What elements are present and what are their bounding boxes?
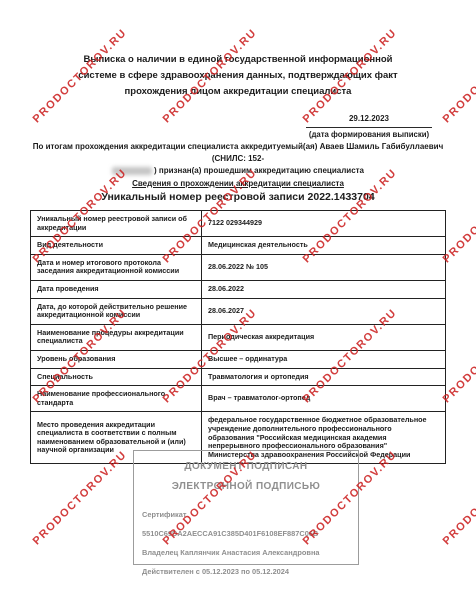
signature-title-line-1: ДОКУМЕНТ ПОДПИСАН [134, 461, 358, 472]
row-value: Медицинская деятельность [202, 237, 446, 255]
document-title: Выписка о наличии в единой государственн… [60, 52, 416, 100]
extract-date: 29.12.2023 [345, 114, 393, 124]
accreditation-table: Уникальный номер реестровой записи об ак… [30, 210, 446, 464]
registry-number-heading: Уникальный номер реестровой записи 2022.… [0, 191, 476, 203]
row-label: Дата проведения [31, 280, 202, 298]
electronic-signature-stamp: ДОКУМЕНТ ПОДПИСАН ЭЛЕКТРОННОЙ ПОДПИСЬЮ С… [133, 450, 359, 565]
row-label: Наименование процедуры аккредитации спец… [31, 324, 202, 350]
date-underline [306, 127, 432, 128]
document-title-line-3: прохождения лицом аккредитации специалис… [60, 84, 416, 100]
redacted-snils [112, 167, 152, 175]
row-value: Врач – травматолог-ортопед [202, 386, 446, 412]
row-label: Уровень образования [31, 350, 202, 368]
document-title-line-1: Выписка о наличии в единой государственн… [60, 52, 416, 68]
row-label: Вид деятельности [31, 237, 202, 255]
extract-date-caption: (дата формирования выписки) [306, 130, 432, 139]
table-row: Наименование процедуры аккредитации спец… [31, 324, 446, 350]
certificate-line: Сертификат 5510C69DA2AECCA91C385D401F610… [142, 505, 350, 543]
table-row: Уровень образованияВысшее – ординатура [31, 350, 446, 368]
row-label: Дата и номер итогового протокола заседан… [31, 254, 202, 280]
intro-line-1: По итогам прохождения аккредитации специ… [33, 142, 443, 163]
row-value: Травматология и ортопедия [202, 368, 446, 386]
row-label: Уникальный номер реестровой записи об ак… [31, 211, 202, 237]
row-value: Периодическая аккредитация [202, 324, 446, 350]
owner-line: Владелец Каплянчик Анастасия Александров… [142, 543, 350, 562]
watermark-text: PRODOCTOROV.RU [433, 19, 476, 134]
table-row: Дата, до которой действительно решение а… [31, 298, 446, 324]
row-value: 7122 029344929 [202, 211, 446, 237]
table-row: Дата проведения28.06.2022 [31, 280, 446, 298]
accreditation-extract-document: Выписка о наличии в единой государственн… [0, 0, 476, 600]
row-label: Наименование профессионального стандарта [31, 386, 202, 412]
row-value: Высшее – ординатура [202, 350, 446, 368]
table-row: Уникальный номер реестровой записи об ак… [31, 211, 446, 237]
document-title-line-2: системе в сфере здравоохранения данных, … [60, 68, 416, 84]
validity-line: Действителен с 05.12.2023 по 05.12.2024 [142, 562, 350, 581]
row-value: 28.06.2027 [202, 298, 446, 324]
row-value: 28.06.2022 № 105 [202, 254, 446, 280]
table-row: Вид деятельностиМедицинская деятельность [31, 237, 446, 255]
section-title: Сведения о прохождении аккредитации спец… [0, 179, 476, 188]
row-value: 28.06.2022 [202, 280, 446, 298]
accreditation-table-body: Уникальный номер реестровой записи об ак… [31, 211, 446, 464]
table-row: Наименование профессионального стандарта… [31, 386, 446, 412]
extract-date-block: 29.12.2023 (дата формирования выписки) [306, 108, 432, 139]
intro-line-2: ) признан(а) прошедшим аккредитацию спец… [154, 166, 364, 175]
table-row: СпециальностьТравматология и ортопедия [31, 368, 446, 386]
table-row: Дата и номер итогового протокола заседан… [31, 254, 446, 280]
intro-paragraph: По итогам прохождения аккредитации специ… [26, 141, 450, 177]
signature-title-line-2: ЭЛЕКТРОННОЙ ПОДПИСЬЮ [134, 481, 358, 492]
row-label: Специальность [31, 368, 202, 386]
row-label: Дата, до которой действительно решение а… [31, 298, 202, 324]
signature-details: Сертификат 5510C69DA2AECCA91C385D401F610… [142, 505, 350, 581]
